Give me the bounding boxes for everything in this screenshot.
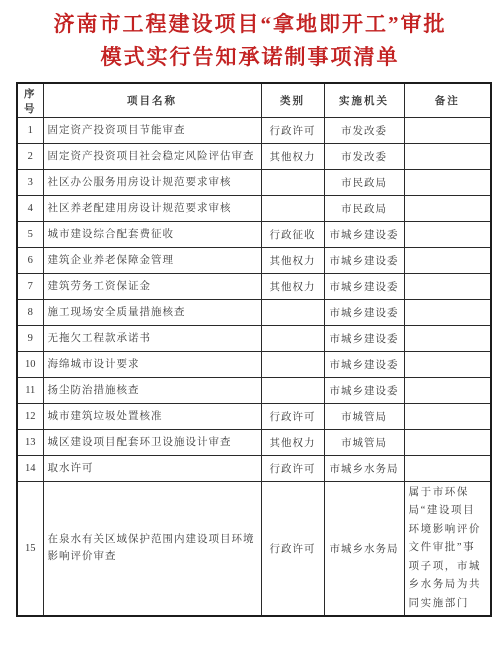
agency-cell: 市城乡建设委 bbox=[324, 274, 404, 300]
serial-number-cell: 13 bbox=[17, 430, 43, 456]
category-cell bbox=[261, 326, 324, 352]
item-name-cell: 固定资产投资项目节能审查 bbox=[43, 118, 261, 144]
item-name-cell: 扬尘防治措施核查 bbox=[43, 378, 261, 404]
agency-cell: 市民政局 bbox=[324, 170, 404, 196]
table-row: 1 固定资产投资项目节能审查 行政许可 市发改委 bbox=[17, 118, 491, 144]
category-cell: 其他权力 bbox=[261, 248, 324, 274]
table-row: 2 固定资产投资项目社会稳定风险评估审查 其他权力 市发改委 bbox=[17, 144, 491, 170]
items-table: 序号 项目名称 类别 实施机关 备注 1 固定资产投资项目节能审查 行政许可 市… bbox=[16, 82, 492, 617]
header-category: 类别 bbox=[261, 83, 324, 118]
category-cell: 其他权力 bbox=[261, 274, 324, 300]
item-name-cell: 城区建设项目配套环卫设施设计审查 bbox=[43, 430, 261, 456]
table-row: 3 社区办公服务用房设计规范要求审核 市民政局 bbox=[17, 170, 491, 196]
document-title-line1: 济南市工程建设项目“拿地即开工”审批 bbox=[0, 8, 500, 41]
item-name-cell: 无拖欠工程款承诺书 bbox=[43, 326, 261, 352]
serial-number-cell: 12 bbox=[17, 404, 43, 430]
remark-cell bbox=[404, 404, 491, 430]
remark-cell bbox=[404, 118, 491, 144]
serial-number-cell: 6 bbox=[17, 248, 43, 274]
category-cell: 行政许可 bbox=[261, 404, 324, 430]
remark-cell bbox=[404, 196, 491, 222]
category-cell bbox=[261, 300, 324, 326]
item-name-cell: 海绵城市设计要求 bbox=[43, 352, 261, 378]
serial-number-cell: 5 bbox=[17, 222, 43, 248]
category-cell: 行政许可 bbox=[261, 482, 324, 616]
category-cell bbox=[261, 170, 324, 196]
agency-cell: 市发改委 bbox=[324, 144, 404, 170]
serial-number-cell: 15 bbox=[17, 482, 43, 616]
header-remark: 备注 bbox=[404, 83, 491, 118]
category-cell: 行政许可 bbox=[261, 118, 324, 144]
remark-cell bbox=[404, 248, 491, 274]
item-name-cell: 建筑企业养老保障金管理 bbox=[43, 248, 261, 274]
item-name-cell: 固定资产投资项目社会稳定风险评估审查 bbox=[43, 144, 261, 170]
document-title-line2: 模式实行告知承诺制事项清单 bbox=[0, 41, 500, 74]
item-name-cell: 社区办公服务用房设计规范要求审核 bbox=[43, 170, 261, 196]
serial-number-cell: 1 bbox=[17, 118, 43, 144]
header-serial-number: 序号 bbox=[17, 83, 43, 118]
remark-cell bbox=[404, 144, 491, 170]
category-cell: 其他权力 bbox=[261, 144, 324, 170]
remark-cell bbox=[404, 274, 491, 300]
remark-cell bbox=[404, 170, 491, 196]
category-cell bbox=[261, 378, 324, 404]
agency-cell: 市城乡建设委 bbox=[324, 300, 404, 326]
serial-number-cell: 3 bbox=[17, 170, 43, 196]
table-row: 5 城市建设综合配套费征收 行政征收 市城乡建设委 bbox=[17, 222, 491, 248]
document-page: 济南市工程建设项目“拿地即开工”审批 模式实行告知承诺制事项清单 序号 项目名称… bbox=[0, 0, 500, 654]
remark-cell bbox=[404, 352, 491, 378]
item-name-cell: 建筑劳务工资保证金 bbox=[43, 274, 261, 300]
serial-number-cell: 11 bbox=[17, 378, 43, 404]
item-name-cell: 社区养老配建用房设计规范要求审核 bbox=[43, 196, 261, 222]
remark-cell bbox=[404, 430, 491, 456]
table-row: 11 扬尘防治措施核查 市城乡建设委 bbox=[17, 378, 491, 404]
serial-number-cell: 2 bbox=[17, 144, 43, 170]
agency-cell: 市城乡建设委 bbox=[324, 352, 404, 378]
remark-cell bbox=[404, 300, 491, 326]
remark-cell bbox=[404, 326, 491, 352]
serial-number-cell: 8 bbox=[17, 300, 43, 326]
category-cell: 行政许可 bbox=[261, 456, 324, 482]
header-item-name: 项目名称 bbox=[43, 83, 261, 118]
table-row: 10 海绵城市设计要求 市城乡建设委 bbox=[17, 352, 491, 378]
table-row: 14 取水许可 行政许可 市城乡水务局 bbox=[17, 456, 491, 482]
agency-cell: 市发改委 bbox=[324, 118, 404, 144]
table-row: 4 社区养老配建用房设计规范要求审核 市民政局 bbox=[17, 196, 491, 222]
category-cell: 其他权力 bbox=[261, 430, 324, 456]
category-cell bbox=[261, 352, 324, 378]
table-row: 9 无拖欠工程款承诺书 市城乡建设委 bbox=[17, 326, 491, 352]
agency-cell: 市城乡建设委 bbox=[324, 248, 404, 274]
serial-number-cell: 10 bbox=[17, 352, 43, 378]
item-name-cell: 在泉水有关区域保护范围内建设项目环境影响评价审查 bbox=[43, 482, 261, 616]
serial-number-cell: 14 bbox=[17, 456, 43, 482]
header-agency: 实施机关 bbox=[324, 83, 404, 118]
item-name-cell: 施工现场安全质量措施核查 bbox=[43, 300, 261, 326]
table-row: 12 城市建筑垃圾处置核准 行政许可 市城管局 bbox=[17, 404, 491, 430]
item-name-cell: 取水许可 bbox=[43, 456, 261, 482]
serial-number-cell: 9 bbox=[17, 326, 43, 352]
agency-cell: 市城管局 bbox=[324, 430, 404, 456]
serial-number-cell: 7 bbox=[17, 274, 43, 300]
agency-cell: 市城乡水务局 bbox=[324, 482, 404, 616]
table-row: 8 施工现场安全质量措施核查 市城乡建设委 bbox=[17, 300, 491, 326]
table-row: 6 建筑企业养老保障金管理 其他权力 市城乡建设委 bbox=[17, 248, 491, 274]
table-row: 7 建筑劳务工资保证金 其他权力 市城乡建设委 bbox=[17, 274, 491, 300]
category-cell: 行政征收 bbox=[261, 222, 324, 248]
item-name-cell: 城市建筑垃圾处置核准 bbox=[43, 404, 261, 430]
agency-cell: 市城乡建设委 bbox=[324, 326, 404, 352]
agency-cell: 市城乡建设委 bbox=[324, 222, 404, 248]
remark-cell bbox=[404, 378, 491, 404]
document-title: 济南市工程建设项目“拿地即开工”审批 模式实行告知承诺制事项清单 bbox=[0, 0, 500, 74]
serial-number-cell: 4 bbox=[17, 196, 43, 222]
agency-cell: 市城管局 bbox=[324, 404, 404, 430]
remark-cell bbox=[404, 222, 491, 248]
agency-cell: 市民政局 bbox=[324, 196, 404, 222]
table-row: 13 城区建设项目配套环卫设施设计审查 其他权力 市城管局 bbox=[17, 430, 491, 456]
item-name-cell: 城市建设综合配套费征收 bbox=[43, 222, 261, 248]
agency-cell: 市城乡建设委 bbox=[324, 378, 404, 404]
table-body: 1 固定资产投资项目节能审查 行政许可 市发改委 2 固定资产投资项目社会稳定风… bbox=[17, 118, 491, 616]
category-cell bbox=[261, 196, 324, 222]
table-header-row: 序号 项目名称 类别 实施机关 备注 bbox=[17, 83, 491, 118]
remark-cell bbox=[404, 456, 491, 482]
remark-cell: 属于市环保局“建设项目环境影响评价文件审批”事项子项，市城乡水务局为共同实施部门 bbox=[404, 482, 491, 616]
table-row: 15 在泉水有关区域保护范围内建设项目环境影响评价审查 行政许可 市城乡水务局 … bbox=[17, 482, 491, 616]
agency-cell: 市城乡水务局 bbox=[324, 456, 404, 482]
